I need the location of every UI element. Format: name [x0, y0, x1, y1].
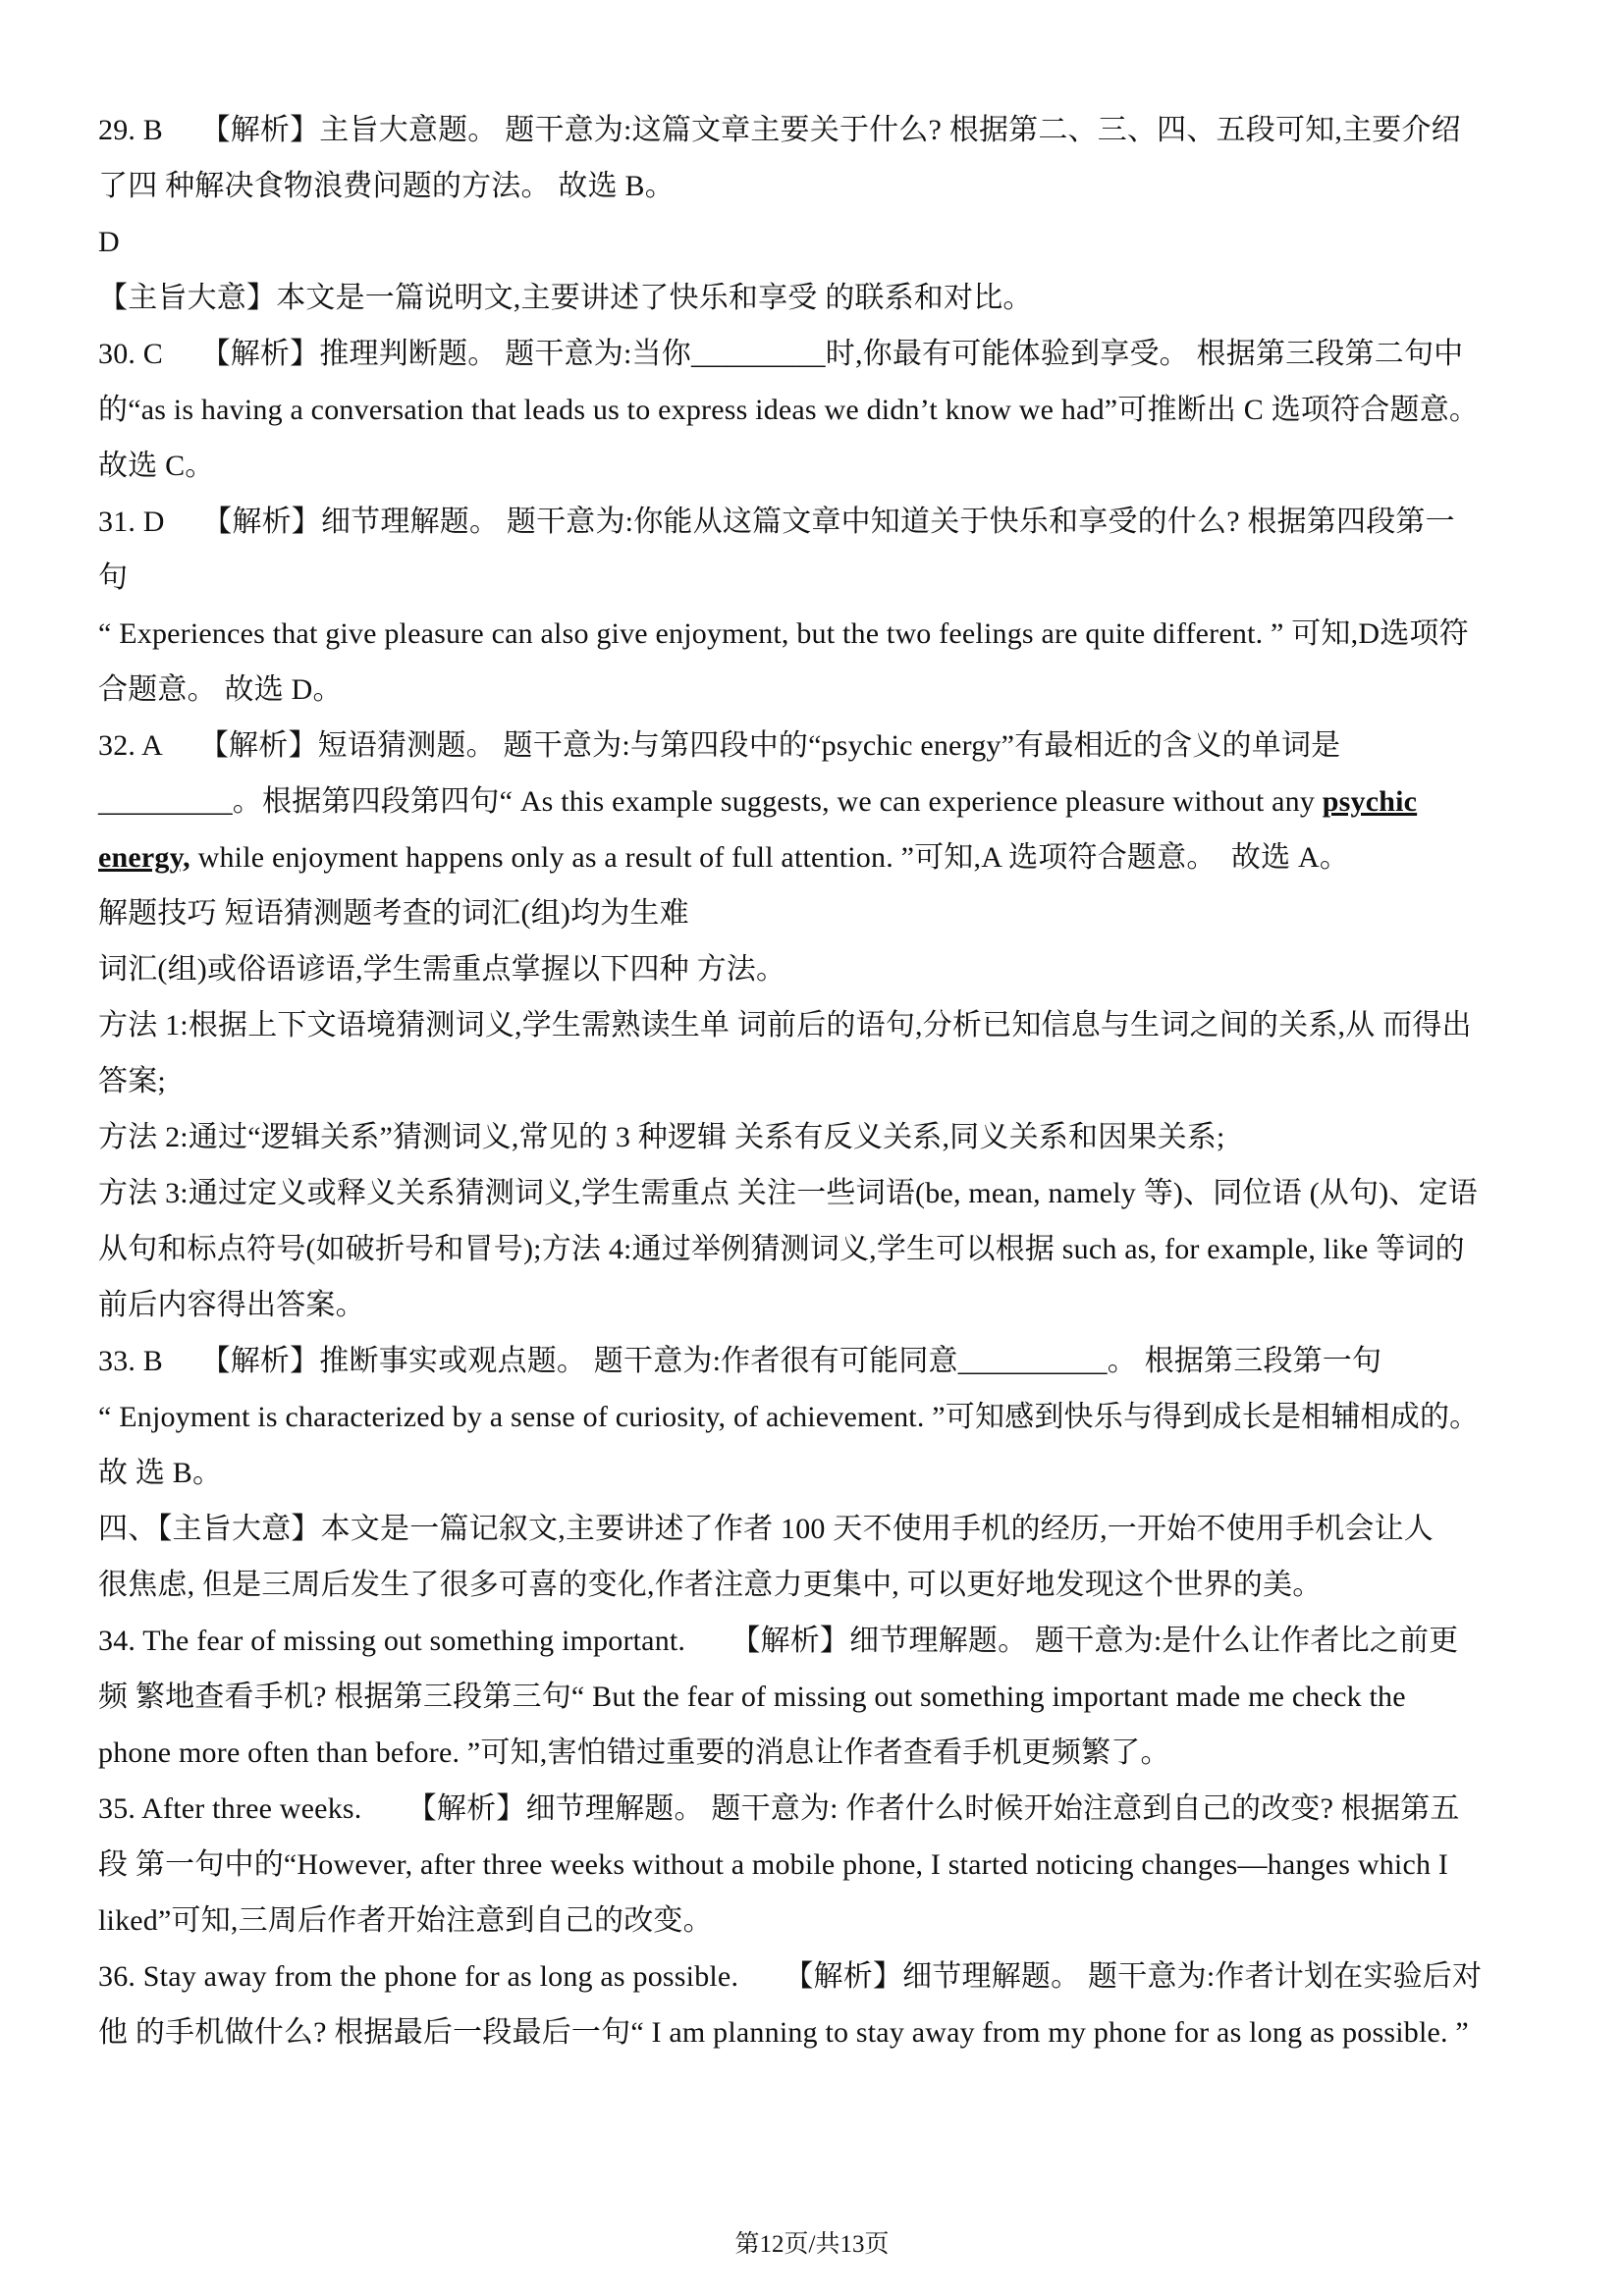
text-segment: 故 选 B。: [98, 1457, 222, 1489]
text-line: 四、【主旨大意】本文是一篇记叙文,主要讲述了作者 100 天不使用手机的经历,一…: [98, 1501, 1540, 1557]
text-line: “ Experiences that give pleasure can als…: [98, 606, 1540, 662]
text-line: 方法 2:通过“逻辑关系”猜测词义,常见的 3 种逻辑 关系有反义关系,同义关系…: [98, 1109, 1540, 1165]
text-line: D: [98, 214, 1540, 270]
text-line: 前后内容得出答案。: [98, 1277, 1540, 1333]
text-segment: 前后内容得出答案。: [98, 1289, 365, 1321]
text-segment: 方法 1:根据上下文语境猜测词义,学生需熟读生单 词前后的语句,分析已知信息与生…: [98, 1009, 1472, 1041]
text-line: 34. The fear of missing out something im…: [98, 1613, 1540, 1669]
text-line: 35. After three weeks. 【解析】细节理解题。 题干意为: …: [98, 1781, 1540, 1837]
text-segment: 解题技巧 短语猜测题考查的词汇(组)均为生难: [98, 897, 689, 930]
text-segment: liked”可知,三周后作者开始注意到自己的改变。: [98, 1904, 713, 1937]
text-line: liked”可知,三周后作者开始注意到自己的改变。: [98, 1893, 1540, 1949]
text-line: 频 繁地查看手机? 根据第三段第三句“ But the fear of miss…: [98, 1669, 1540, 1725]
text-segment: 频 繁地查看手机? 根据第三段第三句“ But the fear of miss…: [98, 1681, 1406, 1713]
text-segment: 29. B 【解析】主旨大意题。 题干意为:这篇文章主要关于什么? 根据第二、三…: [98, 114, 1461, 146]
text-line: 29. B 【解析】主旨大意题。 题干意为:这篇文章主要关于什么? 根据第二、三…: [98, 102, 1540, 158]
text-line: 句: [98, 550, 1540, 606]
text-line: 合题意。 故选 D。: [98, 662, 1540, 718]
text-segment: 方法 2:通过“逻辑关系”猜测词义,常见的 3 种逻辑 关系有反义关系,同义关系…: [98, 1121, 1225, 1153]
text-segment: while enjoyment happens only as a result…: [190, 841, 1349, 874]
text-line: 31. D 【解析】细节理解题。 题干意为:你能从这篇文章中知道关于快乐和享受的…: [98, 494, 1540, 550]
text-segment: 了四 种解决食物浪费问题的方法。 故选 B。: [98, 170, 675, 202]
document-page: 29. B 【解析】主旨大意题。 题干意为:这篇文章主要关于什么? 根据第二、三…: [0, 0, 1624, 2296]
text-segment: 段 第一句中的“However, after three weeks witho…: [98, 1848, 1448, 1881]
text-segment: 的“as is having a conversation that leads…: [98, 394, 1479, 426]
text-segment: 30. C 【解析】推理判断题。 题干意为:当你_________时,你最有可能…: [98, 338, 1463, 370]
text-segment: 词汇(组)或俗语谚语,学生需重点掌握以下四种 方法。: [98, 953, 785, 986]
text-line: 段 第一句中的“However, after three weeks witho…: [98, 1837, 1540, 1893]
text-line: 他 的手机做什么? 根据最后一段最后一句“ I am planning to s…: [98, 2004, 1540, 2060]
page-footer: 第12页/共13页: [0, 2230, 1624, 2260]
text-line: 故选 C。: [98, 438, 1540, 494]
text-line: “ Enjoyment is characterized by a sense …: [98, 1389, 1540, 1445]
text-segment: 从句和标点符号(如破折号和冒号);方法 4:通过举例猜测词义,学生可以根据 su…: [98, 1233, 1465, 1265]
text-segment: 方法 3:通过定义或释义关系猜测词义,学生需重点 关注一些词语(be, mean…: [98, 1177, 1478, 1209]
text-segment: 他 的手机做什么? 根据最后一段最后一句“ I am planning to s…: [98, 2016, 1469, 2049]
text-line: 【主旨大意】本文是一篇说明文,主要讲述了快乐和享受 的联系和对比。: [98, 270, 1540, 326]
text-line: 解题技巧 短语猜测题考查的词汇(组)均为生难: [98, 885, 1540, 941]
text-line: 方法 1:根据上下文语境猜测词义,学生需熟读生单 词前后的语句,分析已知信息与生…: [98, 997, 1540, 1053]
text-segment: 34. The fear of missing out something im…: [98, 1625, 1458, 1657]
text-line: 36. Stay away from the phone for as long…: [98, 1949, 1540, 2004]
text-segment: “ Enjoyment is characterized by a sense …: [98, 1401, 1479, 1433]
text-segment: 【主旨大意】本文是一篇说明文,主要讲述了快乐和享受 的联系和对比。: [98, 282, 1033, 314]
text-line: 了四 种解决食物浪费问题的方法。 故选 B。: [98, 158, 1540, 214]
text-segment: 32. A 【解析】短语猜测题。 题干意为:与第四段中的“psychic ene…: [98, 729, 1340, 762]
text-segment: _________。根据第四段第四句“ As this example sugg…: [98, 785, 1323, 818]
text-line: 从句和标点符号(如破折号和冒号);方法 4:通过举例猜测词义,学生可以根据 su…: [98, 1221, 1540, 1277]
text-line: 32. A 【解析】短语猜测题。 题干意为:与第四段中的“psychic ene…: [98, 718, 1540, 774]
text-segment: 故选 C。: [98, 450, 215, 482]
text-segment: “ Experiences that give pleasure can als…: [98, 617, 1469, 650]
text-line: 33. B 【解析】推断事实或观点题。 题干意为:作者很有可能同意_______…: [98, 1333, 1540, 1389]
text-segment: 很焦虑, 但是三周后发生了很多可喜的变化,作者注意力更集中, 可以更好地发现这个…: [98, 1569, 1323, 1601]
text-segment: 答案;: [98, 1065, 166, 1097]
text-line: 词汇(组)或俗语谚语,学生需重点掌握以下四种 方法。: [98, 941, 1540, 997]
text-segment: D: [98, 226, 120, 258]
text-line: 很焦虑, 但是三周后发生了很多可喜的变化,作者注意力更集中, 可以更好地发现这个…: [98, 1557, 1540, 1613]
text-line: 的“as is having a conversation that leads…: [98, 382, 1540, 438]
text-segment: 句: [98, 561, 128, 594]
text-segment: 36. Stay away from the phone for as long…: [98, 1960, 1482, 1993]
text-segment: 33. B 【解析】推断事实或观点题。 题干意为:作者很有可能同意_______…: [98, 1345, 1381, 1377]
text-segment: 35. After three weeks. 【解析】细节理解题。 题干意为: …: [98, 1792, 1460, 1825]
emphasized-text: psychic: [1323, 785, 1417, 818]
document-body: 29. B 【解析】主旨大意题。 题干意为:这篇文章主要关于什么? 根据第二、三…: [98, 102, 1540, 2060]
text-line: 答案;: [98, 1053, 1540, 1109]
emphasized-text: energy,: [98, 841, 190, 874]
text-segment: 31. D 【解析】细节理解题。 题干意为:你能从这篇文章中知道关于快乐和享受的…: [98, 506, 1455, 538]
text-line: energy, while enjoyment happens only as …: [98, 829, 1540, 885]
text-line: phone more often than before. ”可知,害怕错过重要…: [98, 1725, 1540, 1781]
text-line: 30. C 【解析】推理判断题。 题干意为:当你_________时,你最有可能…: [98, 326, 1540, 382]
text-segment: 四、【主旨大意】本文是一篇记叙文,主要讲述了作者 100 天不使用手机的经历,一…: [98, 1513, 1434, 1545]
text-segment: phone more often than before. ”可知,害怕错过重要…: [98, 1736, 1170, 1769]
text-line: 故 选 B。: [98, 1445, 1540, 1501]
text-line: _________。根据第四段第四句“ As this example sugg…: [98, 774, 1540, 829]
text-segment: 合题意。 故选 D。: [98, 673, 343, 706]
text-line: 方法 3:通过定义或释义关系猜测词义,学生需重点 关注一些词语(be, mean…: [98, 1165, 1540, 1221]
